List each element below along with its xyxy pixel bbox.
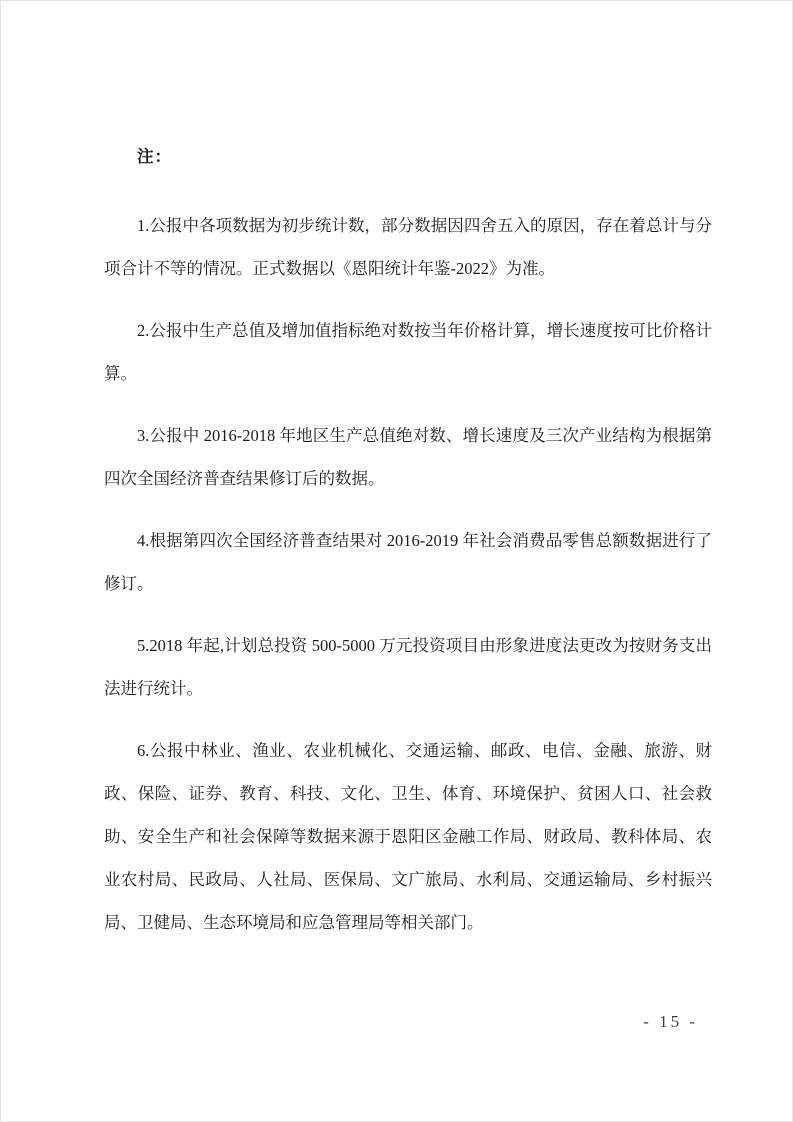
notes-section: 注： 1.公报中各项数据为初步统计数，部分数据因四舍五入的原因，存在着总计与分项…: [104, 135, 712, 944]
note-paragraph-5: 5.2018 年起,计划总投资 500-5000 万元投资项目由形象进度法更改为…: [104, 624, 712, 710]
page-number: - 15 -: [643, 1011, 698, 1033]
note-paragraph-3: 3.公报中 2016-2018 年地区生产总值绝对数、增长速度及三次产业结构为根…: [104, 414, 712, 500]
document-page: 注： 1.公报中各项数据为初步统计数，部分数据因四舍五入的原因，存在着总计与分项…: [0, 0, 793, 1122]
note-paragraph-1: 1.公报中各项数据为初步统计数，部分数据因四舍五入的原因，存在着总计与分项合计不…: [104, 204, 712, 290]
note-paragraph-4: 4.根据第四次全国经济普查结果对 2016-2019 年社会消费品零售总额数据进…: [104, 519, 712, 605]
note-paragraph-2: 2.公报中生产总值及增加值指标绝对数按当年价格计算，增长速度按可比价格计算。: [104, 309, 712, 395]
note-paragraph-6: 6.公报中林业、渔业、农业机械化、交通运输、邮政、电信、金融、旅游、财政、保险、…: [104, 729, 712, 944]
notes-heading: 注：: [104, 135, 712, 178]
